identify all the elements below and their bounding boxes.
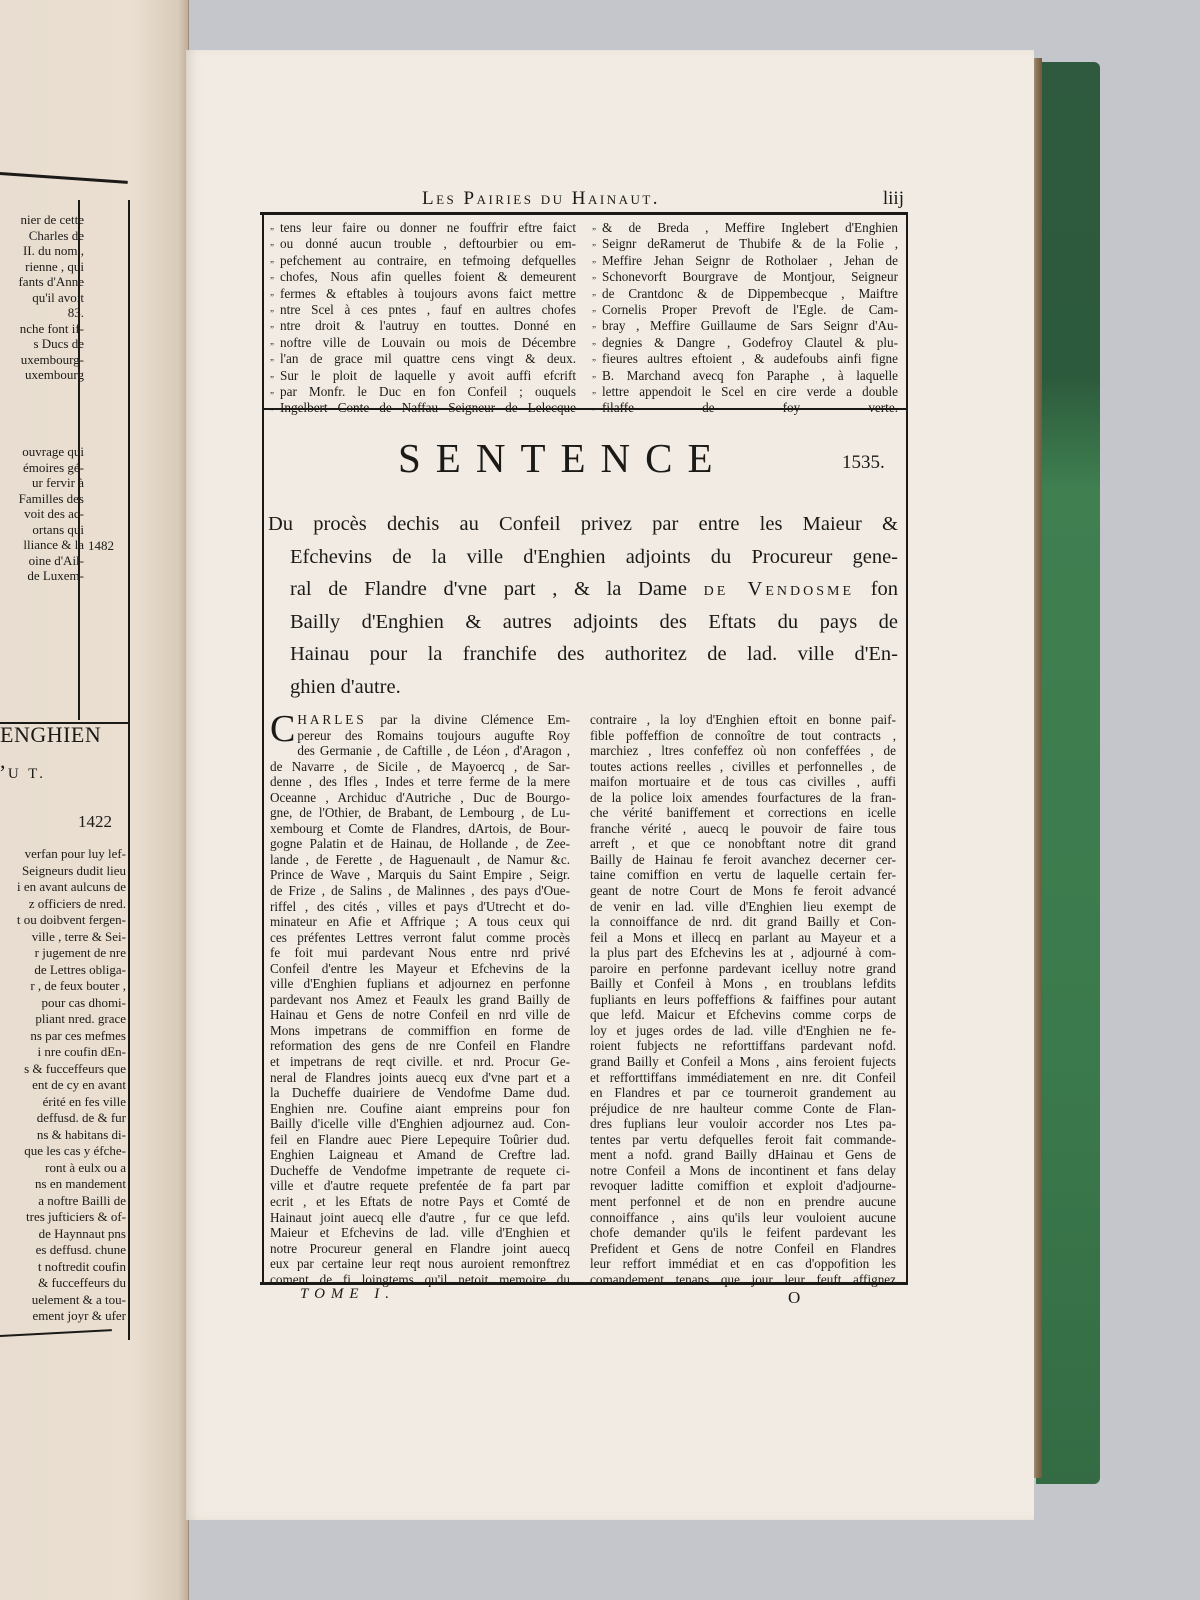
body-line: ment a nofd. grand Bailly dHainau et Gen… <box>590 1147 896 1163</box>
drop-cap: C <box>270 714 295 744</box>
left-text-bottom: verfan pour luy lef- Seigneurs dudit lie… <box>17 846 126 1325</box>
body-line: Confeil d'entre les Mayeur et Efchevins … <box>270 961 570 977</box>
quote-line: lettre appendoit le Scel en cire verde a… <box>592 383 898 399</box>
quote-line: Cornelis Proper Prevoft de l'Egle. de Ca… <box>592 301 898 317</box>
body-line: de venir en lad. ville d'Enghien lieu ex… <box>590 899 896 915</box>
body-line: connoiffance , ains qu'ils leur vouloien… <box>590 1210 896 1226</box>
body-line: notre Confeil a Mons de incontinent et f… <box>590 1163 896 1179</box>
quote-line: l'an de grace mil quattre cens vingt & d… <box>270 350 576 366</box>
body-line: notre Procureur general en Flandre joint… <box>270 1241 570 1257</box>
quote-line: Seignr deRamerut de Thubife & de la Foli… <box>592 235 898 251</box>
body-line: Bailly de Hainau fe feroit avanchez dece… <box>590 852 896 868</box>
quote-line: par Monfr. le Duc en fon Confeil ; ouque… <box>270 383 576 399</box>
body-line: coment de fi loingtems qu'il netoit memo… <box>270 1272 570 1288</box>
body-line: ville et d'autre requete prefentée de fa… <box>270 1178 570 1194</box>
summary-line-tail: fon <box>871 578 898 600</box>
body-line: Hainaut joint auecq elle d'autre , fur c… <box>270 1210 570 1226</box>
body-line: xembourg et Comte de Flandres, dArtois, … <box>270 821 570 837</box>
body-column-left: C HARLES par la divine Clémence Em- pere… <box>270 712 570 1287</box>
summary-line-text: ral de Flandre d'vne part , & la Dame <box>290 578 687 600</box>
body-line: che vérité baniffement et corrections en… <box>590 805 896 821</box>
quote-line: ntre droit & l'autruy en touttes. Donné … <box>270 317 576 333</box>
quote-line: noftre ville de Louvain ou mois de Décem… <box>270 334 576 350</box>
body-line: Bailly d'icelle ville d'Enghien adjourne… <box>270 1116 570 1132</box>
body-line: Mons impetrans de commiffion en forme de <box>270 1023 570 1039</box>
body-line: pardevant nos Amez et Feaulx les grand B… <box>270 992 570 1008</box>
body-line: ville d'Enghien fuplians et adjournez en… <box>270 976 570 992</box>
body-line: tentes par vertu defquelles feroit fait … <box>590 1132 896 1148</box>
body-first-line: HARLES par la divine Clémence Em- <box>270 712 570 728</box>
body-line: eux par certaine leur reqt nous auroient… <box>270 1256 570 1272</box>
quote-line: ou donné aucun trouble , deftourbier ou … <box>270 235 576 251</box>
name-vendosme: de Vendosme <box>704 578 854 600</box>
quote-line: chofes, Nous afin quelles foient & demeu… <box>270 268 576 284</box>
quote-line: filaffe de foy verte. <box>592 399 898 415</box>
body-line: et impetrans de reqt civille. et nrd. Pr… <box>270 1054 570 1070</box>
body-line: de Navarre , de Sicile , de Mayoercq , d… <box>270 759 570 775</box>
body-line: minateur en Afie et Affrique ; A tous ce… <box>270 914 570 930</box>
body-line: fupliants en leurs poffeffions & faiffin… <box>590 992 896 1008</box>
margin-year: 1482 <box>88 538 114 554</box>
quote-column-left: tens leur faire ou donner ne fouffrir ef… <box>270 219 576 416</box>
body-line: ces préfentes Lettres verront falut comm… <box>270 930 570 946</box>
left-subheading: U T. <box>8 766 46 783</box>
body-line: leur reffort immédiat et en cas d'oppofi… <box>590 1256 896 1272</box>
summary-line: ral de Flandre d'vne part , & la Dame de… <box>268 573 898 606</box>
body-line: chofe demander qu'ils le feifent pardeva… <box>590 1225 896 1241</box>
sentence-summary: Du procès dechis au Confeil privez par e… <box>268 508 898 703</box>
body-line: que lefd. Maicur et Efchevins comme corp… <box>590 1007 896 1023</box>
body-line: gogne Palatin et de Hainau, de Hollande … <box>270 836 570 852</box>
body-line: pereur des Romains toujours augufte Roy <box>270 728 570 744</box>
body-line: de Frize , de Salins , de Malinnes , des… <box>270 883 570 899</box>
left-year: 1422 <box>78 812 112 832</box>
body-line: maifon mortuaire et de tous cas civilles… <box>590 774 896 790</box>
quote-line: B. Marchand avecq fon Paraphe , à laquel… <box>592 367 898 383</box>
body-line: loy et juges ordes de lad. ville d'Enghi… <box>590 1023 896 1039</box>
body-line: arreft , et que ce nonobftant notre dit … <box>590 836 896 852</box>
body-line: Hainau et Gens de notre Confeil en nrd v… <box>270 1007 570 1023</box>
column-rule <box>128 200 130 1340</box>
body-line: Oceanne , Archiduc d'Autriche , Duc de B… <box>270 790 570 806</box>
summary-line: Bailly d'Enghien & autres adjoints des E… <box>268 606 898 639</box>
quote-line: pefchement au contraire, en tefmoing def… <box>270 252 576 268</box>
quote-column-right: & de Breda , Meffire Inglebert d'Enghien… <box>592 219 898 416</box>
quote-line: Schonevorft Bourgrave de Montjour, Seign… <box>592 268 898 284</box>
body-line: la plus part des Efchevins les at , adjo… <box>590 945 896 961</box>
body-line: franche vérité , auecq le pouvoir de fai… <box>590 821 896 837</box>
body-line: neral de Flandres joints auecq eux d'vne… <box>270 1070 570 1086</box>
body-line: ecrit , et les Eftats de notre Pays et C… <box>270 1194 570 1210</box>
body-line: des Germanie , de Caftille , de Léon , d… <box>270 743 570 759</box>
body-line: dres fuplians leur vouloir accorder nos … <box>590 1116 896 1132</box>
body-line: comandement tenans que jour leur feuft a… <box>590 1272 896 1288</box>
body-line: feil a Mons et illecq en parlant au Maye… <box>590 930 896 946</box>
quote-line: de Crantdonc & de Dippembecque , Maiftre <box>592 285 898 301</box>
quote-line: & de Breda , Meffire Inglebert d'Enghien <box>592 219 898 235</box>
body-line: Enghien Laigneau et Amand de Creftre lad… <box>270 1147 570 1163</box>
body-line: Prefident et Gens de notre Confeil en Fl… <box>590 1241 896 1257</box>
body-line: grand Bailly et Confeil a Mons , ains fe… <box>590 1054 896 1070</box>
body-line: denne , des Ifles , Indes et terre ferme… <box>270 774 570 790</box>
signature-mark: TOME I. <box>300 1286 395 1303</box>
body-line: paroire en perfonne pardevant icelluy no… <box>590 961 896 977</box>
body-line: ment perfonnel et de non en prendre aucu… <box>590 1194 896 1210</box>
quote-line: degnies & Dangre , Godefroy Clautel & pl… <box>592 334 898 350</box>
body-line: Enghien nre. Coufine aiant empreins pour… <box>270 1101 570 1117</box>
body-line: la connoiffance de nrd. dit grand Bailly… <box>590 914 896 930</box>
body-line: fible poffeffion de connoître de tout co… <box>590 728 896 744</box>
left-text-top: nier de cette Charles de II. du nom , ri… <box>18 212 84 383</box>
quote-line: tens leur faire ou donner ne fouffrir ef… <box>270 219 576 235</box>
summary-line: Hainau pour la franchife des authoritez … <box>268 638 898 671</box>
body-line: feil en Flandre auec Piere Lepequire Toû… <box>270 1132 570 1148</box>
quote-line: Sur le ploit de laquelle y avoit auffi e… <box>270 367 576 383</box>
body-line: gne, de l'Othier, de Brabant, de Lembour… <box>270 805 570 821</box>
green-spine <box>1036 62 1100 1484</box>
body-line: toutes actions reelles , civilles et per… <box>590 759 896 775</box>
quote-line: Meffire Jehan Seignr de Rotholaer , Jeha… <box>592 252 898 268</box>
body-line: Maieur et Efchevins de lad. ville d'Engh… <box>270 1225 570 1241</box>
gathering-mark: O <box>788 1288 800 1308</box>
summary-line: Efchevins de la ville d'Enghien adjoints… <box>268 541 898 574</box>
body-line: roient fubjects ne reforttiffans pardeva… <box>590 1038 896 1054</box>
body-column-right: contraire , la loy d'Enghien eftoit en b… <box>590 712 896 1287</box>
body-line: Ducheffe de Vendofme impetrante de reque… <box>270 1163 570 1179</box>
body-line: reformation des gens de nre Confeil en F… <box>270 1038 570 1054</box>
left-facing-page: nier de cette Charles de II. du nom , ri… <box>0 0 189 1600</box>
summary-line: ghien d'autre. <box>268 671 898 704</box>
running-title: Les Pairies du Hainaut. <box>422 188 660 210</box>
frame-rule <box>0 1329 112 1337</box>
body-line: en Flandres et par ce tourneroit grandem… <box>590 1085 896 1101</box>
body-line: contraire , la loy d'Enghien eftoit en b… <box>590 712 896 728</box>
body-line: geant de notre Court de Mons fe feroit a… <box>590 883 896 899</box>
body-line: revoquer laditte comiffion et exploit d'… <box>590 1178 896 1194</box>
left-text-middle: ouvrage qui émoires gé- ur fervir à Fami… <box>19 444 84 584</box>
quote-line: fieures aultres eftoient , & audefoubs a… <box>592 350 898 366</box>
body-line: Bailly et Confeil à Mons , en troublans … <box>590 976 896 992</box>
quote-line: ntre Scel à ces pntes , fauf en aultres … <box>270 301 576 317</box>
section-title: SENTENCE <box>398 434 728 482</box>
quote-line: bray , Meffire Guillaume de Sars Seignr … <box>592 317 898 333</box>
body-line: riffel , des cités , villes et pays d'Ut… <box>270 899 570 915</box>
body-line: lande , de Ferette , de Haguenault , de … <box>270 852 570 868</box>
summary-line: Du procès dechis au Confeil privez par e… <box>268 508 898 541</box>
frame-rule <box>0 172 128 184</box>
body-line: la Ducheffe duairiere de Vendofme Dame d… <box>270 1085 570 1101</box>
body-line: Prince de Wave , Marquis du Saint Empire… <box>270 867 570 883</box>
section-year: 1535. <box>842 452 885 474</box>
body-line: fe foit mui pardevant Nous entre nrd pri… <box>270 945 570 961</box>
quote-line: fermes & eftables à toujours avons faict… <box>270 285 576 301</box>
body-line: préjudice de nre haulteur comme Conte de… <box>590 1101 896 1117</box>
body-line: et refforttiffans immédiatement en nre. … <box>590 1070 896 1086</box>
body-line: taine comiffion en vertu de laquelle cer… <box>590 867 896 883</box>
body-line: marchiez , ltres confeffez où non confef… <box>590 743 896 759</box>
body-line: de la police loix amendes fourfactures d… <box>590 790 896 806</box>
quote-line: Ingelbert Conte de Naffau Seigneur de Le… <box>270 399 576 415</box>
running-head: Les Pairies du Hainaut. liij <box>262 188 910 210</box>
page-number: liij <box>883 188 904 210</box>
